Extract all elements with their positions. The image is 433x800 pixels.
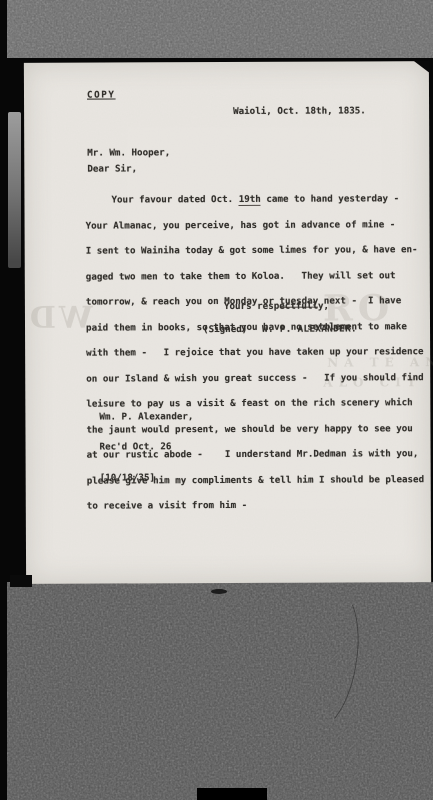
film-grain-texture	[7, 582, 433, 800]
body-text-segment: I sent to Wainiha today & got some limes…	[86, 244, 418, 256]
body-line: gaged two men to take them to Koloa. The…	[86, 272, 423, 282]
signed-label: (Signed)	[203, 324, 247, 335]
notation-line: Wm. P. Alexander,	[99, 412, 193, 423]
signature-name: W. P. ALEXANDER.	[262, 323, 357, 334]
body-line: with them - I rejoice that you have take…	[86, 348, 423, 358]
salutation-line: Dear Sir,	[87, 163, 137, 174]
film-edge-artifact	[8, 112, 21, 268]
body-line: paid them in books, so that you have no …	[86, 323, 423, 333]
body-text-segment: next - I have	[318, 295, 401, 306]
recipient-line: Mr. Wm. Hooper,	[87, 147, 170, 158]
underlined-text: 19th	[239, 194, 261, 206]
body-line: on our Island & wish you great success -…	[86, 374, 423, 384]
closing-line: Yours respectfully,	[224, 301, 329, 312]
ghost-bleedthrough-text: WD	[27, 301, 93, 336]
body-text-segment: with them - I rejoice that you have take…	[86, 346, 423, 358]
film-frame-marker	[197, 788, 267, 800]
body-line: I sent to Wainiha today & got some limes…	[86, 246, 423, 256]
body-line: Your Almanac, you perceive, has got in a…	[86, 221, 423, 231]
dateline: Waioli, Oct. 18th, 1835.	[233, 105, 366, 117]
received-notation: Wm. P. Alexander, Rec'd Oct. 26 [10/18/3…	[99, 391, 194, 505]
film-blemish	[211, 589, 227, 594]
copy-label: COPY	[87, 89, 116, 100]
notation-line: [10/18/35]	[100, 474, 194, 485]
body-line: Your favour dated Oct. 19th came to hand…	[85, 195, 422, 205]
body-text-segment: on our Island & wish you great success -…	[86, 372, 423, 384]
body-text-segment: gaged two men to take them to Koloa. The…	[86, 270, 396, 282]
notation-line: Rec'd Oct. 26	[100, 443, 194, 454]
letter-page: WD RO NA TE AN ALO CIT COPY Waioli, Oct.…	[24, 61, 431, 584]
body-text-segment: Your favour dated Oct.	[111, 194, 238, 206]
film-notch	[10, 575, 32, 587]
film-strip-top	[7, 0, 433, 58]
body-text-segment: Your Almanac, you perceive, has got in a…	[86, 219, 396, 231]
body-text-segment: came to hand yesterday -	[261, 193, 399, 205]
film-strip-bottom	[7, 582, 433, 800]
film-grain-texture	[7, 0, 433, 58]
microfilm-frame: WD RO NA TE AN ALO CIT COPY Waioli, Oct.…	[0, 0, 433, 800]
